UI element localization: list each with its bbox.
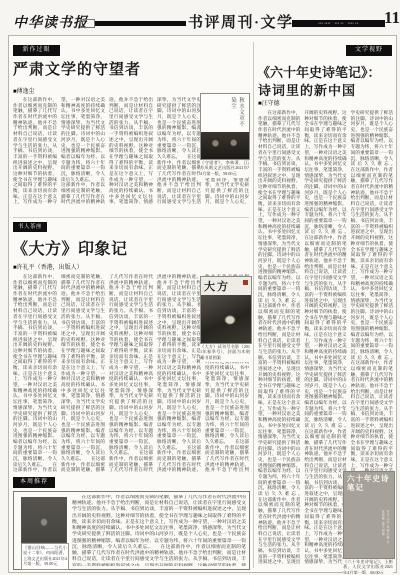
article2-image-caption: 《大方》试刊号书影（2011年春季号），封面为木刻藏书票图案 [200, 344, 250, 362]
article2-headline: 《大方》印象记 [12, 236, 128, 259]
column-divider [253, 42, 254, 568]
book-cover-calligraphy: 秋水文章不染尘 [229, 97, 245, 131]
article3-column-label: 文学视野 [346, 45, 392, 56]
section-title: 书评周刊·文学 [188, 11, 294, 32]
recommend-column-label: 本周推荐 [13, 477, 55, 488]
newspaper-page: { "header": { "logo": "中华读书报", "logo_box… [0, 0, 400, 575]
article1-book-cover-image: 秋水文章不染尘 [200, 93, 250, 160]
article2-magazine-cover-image: 大方 [200, 276, 252, 344]
recommend-book-cover-image [21, 497, 67, 543]
book-cover-contents-text: 岁月山河 风展红旗 长征组歌 春天故事 [380, 510, 390, 544]
recommend-body: 在这部新作中，作者以细密而克制的笔触，描摹了几代写作者在时代洪流中的精神轨迹。他… [72, 495, 246, 566]
magazine-cover-title: 大方 [204, 278, 230, 294]
header-rule-right: ▪▪▪ ▪▪▪▪ · ▪▪▪ ▪▪ · ▪▪▪▪ ▪▪ [292, 20, 385, 27]
article3-byline: ■汪守德 [258, 98, 280, 107]
article3-headline-line2: 诗词里的新中国 [258, 80, 356, 99]
header-rule-left [95, 21, 186, 26]
magazine-cover-photo [201, 295, 251, 343]
book-cover-photo [201, 132, 249, 159]
article3-image-caption: 《六十年史诗笔记》，王彬著，人民文学出版社2021年4月第一版，68.00元 [343, 559, 393, 574]
article1-headline: 严肃文学的守望者 [13, 58, 141, 79]
magazine-cover-seal [243, 280, 248, 285]
book-cover-title-line2: 笔记 [347, 483, 364, 492]
article1-image-caption: 《守望者》，李林著，江苏凤凰文艺出版社2021年4月第一版，58.00元 [200, 160, 248, 178]
page-number: 11 [384, 8, 400, 28]
recommend-book-caption: 《群山回响——当代小说十二家》，何向阳著，上海文艺出版社2021年4月第一版，5… [21, 543, 69, 570]
article3-book-cover-image: 六十年史诗笔记 岁月山河 风展红旗 长征组歌 春天故事 [343, 471, 395, 559]
article1-column-label: 新作过眼 [13, 45, 60, 56]
newspaper-logo: 中华读书报 [13, 12, 88, 32]
article2-byline: ■许礼平（香港，出版人） [13, 262, 83, 271]
article1-byline: ■傅逸尘 [13, 86, 35, 95]
article3-headline-line1: 《六十年史诗笔记》： [257, 62, 381, 81]
article-separator [13, 217, 249, 218]
logo-micro-box: ···· [80, 19, 95, 28]
article2-column-label: 书人茶座 [13, 222, 47, 232]
book-cover-title: 六十年史诗笔记 [347, 475, 391, 492]
